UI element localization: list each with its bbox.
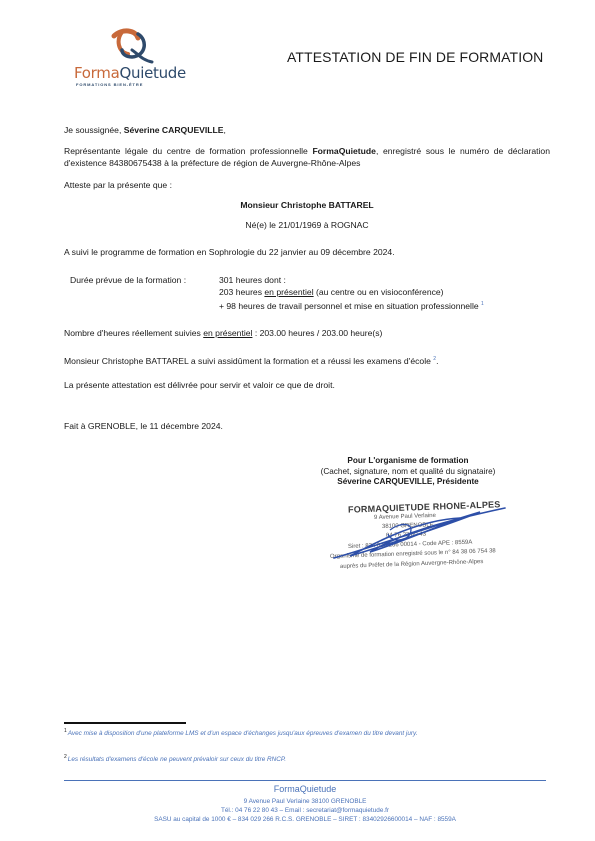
duration-presential: 203 heures en présentiel (au centre ou e… <box>219 286 484 298</box>
role-prefix: Représentante légale du centre de format… <box>64 146 312 156</box>
signature-line-3: Séverine CARQUEVILLE, Présidente <box>300 477 516 488</box>
duration-label: Durée prévue de la formation : <box>70 274 186 286</box>
personal-hours: + 98 heures de travail personnel et mise… <box>219 301 479 311</box>
hours-underlined: en présentiel <box>203 328 252 338</box>
role-paragraph: Représentante légale du centre de format… <box>64 145 550 169</box>
signature-scribble-icon <box>330 500 520 580</box>
logo-wordmark: FormaQuietude <box>74 64 186 82</box>
trainee-name-text: Monsieur Christophe BATTAREL <box>240 200 373 210</box>
footer-company-name: FormaQuietude <box>64 784 546 794</box>
footnote-1-num: 1 <box>64 728 67 734</box>
logo-forma: Forma <box>74 64 119 82</box>
success-text: Monsieur Christophe BATTAREL a suivi ass… <box>64 356 431 366</box>
duration-total: 301 heures dont : <box>219 274 484 286</box>
trainee-name: Monsieur Christophe BATTAREL <box>64 199 550 211</box>
footer-address: 9 Avenue Paul Verlaine 38100 GRENOBLE <box>64 798 546 805</box>
program-line: A suivi le programme de formation en Sop… <box>64 246 395 258</box>
birth-line: Né(e) le 21/01/1969 à ROGNAC <box>64 219 550 231</box>
logo-tagline: FORMATIONS BIEN-ÊTRE <box>76 82 143 87</box>
place-date: Fait à GRENOBLE, le 11 décembre 2024. <box>64 420 223 432</box>
hours-prefix: Nombre d'heures réellement suivies <box>64 328 203 338</box>
signature-line-2: (Cachet, signature, nom et qualité du si… <box>300 467 516 478</box>
document-title: ATTESTATION DE FIN DE FORMATION <box>287 49 543 65</box>
success-end: . <box>436 356 438 366</box>
org-name: FormaQuietude <box>312 146 376 156</box>
footnote-2: 2Les résultats d'examens d'école ne peuv… <box>64 754 286 763</box>
q-logo-icon <box>108 26 154 64</box>
footnote-ref-1[interactable]: 1 <box>481 301 484 307</box>
attestation-page: FormaQuietude FORMATIONS BIEN-ÊTRE ATTES… <box>0 0 595 841</box>
hours-line: Nombre d'heures réellement suivies en pr… <box>64 327 382 339</box>
signature-block: Pour L'organisme de formation (Cachet, s… <box>300 456 516 488</box>
duration-personal: + 98 heures de travail personnel et mise… <box>219 298 484 312</box>
intro-line: Je soussignée, Séverine CARQUEVILLE, <box>64 124 550 136</box>
footnote-1-text: Avec mise à disposition d'une plateforme… <box>68 730 418 737</box>
footnote-2-text: Les résultats d'examens d'école ne peuve… <box>68 756 286 763</box>
company-stamp: FORMAQUIETUDE RHONE-ALPES 9 Avenue Paul … <box>330 500 520 580</box>
footer-separator <box>64 780 546 781</box>
validity-line: La présente attestation est délivrée pou… <box>64 379 335 391</box>
footnote-separator <box>64 722 186 724</box>
formaquietude-logo: FormaQuietude FORMATIONS BIEN-ÊTRE <box>74 26 194 88</box>
attests-line: Atteste par la présente que : <box>64 179 172 191</box>
success-line: Monsieur Christophe BATTAREL a suivi ass… <box>64 353 438 367</box>
presential-underlined: en présentiel <box>264 287 313 297</box>
intro-suffix: , <box>224 125 226 135</box>
presential-suffix: (au centre ou en visioconférence) <box>314 287 444 297</box>
presential-prefix: 203 heures <box>219 287 264 297</box>
signature-line-1: Pour L'organisme de formation <box>300 456 516 467</box>
hours-suffix: : 203.00 heures / 203.00 heure(s) <box>252 328 382 338</box>
duration-values: 301 heures dont : 203 heures en présenti… <box>219 274 484 312</box>
intro-prefix: Je soussignée, <box>64 125 124 135</box>
footer-contact: Tél.: 04 76 22 80 43 – Email : secretari… <box>64 807 546 814</box>
footnote-1: 1Avec mise à disposition d'une plateform… <box>64 728 418 737</box>
signatory-name: Séverine CARQUEVILLE <box>124 125 224 135</box>
logo-quietude: Quietude <box>119 64 185 82</box>
footnote-2-num: 2 <box>64 754 67 760</box>
footer-legal: SASU au capital de 1000 € – 834 029 266 … <box>64 816 546 823</box>
